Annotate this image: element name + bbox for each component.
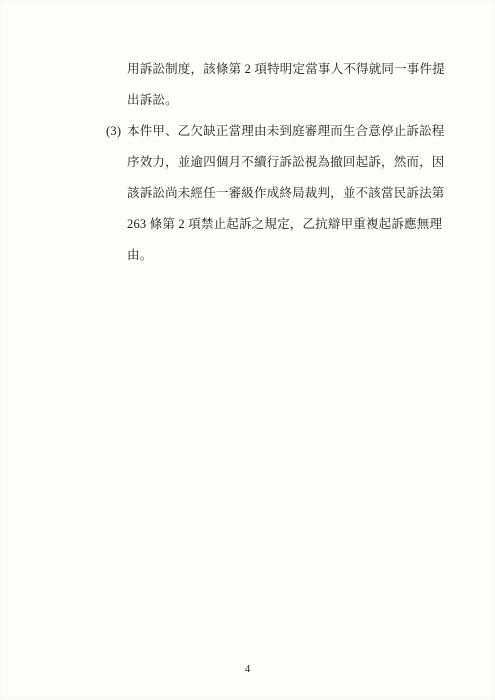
list-item-marker: (3) — [106, 116, 121, 147]
text-line: 263 條第 2 項禁止起訴之規定，乙抗辯甲重複起訴應無理 — [127, 209, 427, 240]
text-line: 用訴訟制度，該條第 2 項特明定當事人不得就同一事件提 — [127, 54, 427, 85]
text-block: 用訴訟制度，該條第 2 項特明定當事人不得就同一事件提 出訴訟。 (3) 本件甲… — [127, 54, 427, 271]
list-item-3-first-line: (3) 本件甲、乙欠缺正當理由未到庭審理而生合意停止訴訟程 — [127, 116, 427, 147]
text-line: 序效力，並逾四個月不續行訴訟視為撤回起訴，然而，因 — [127, 147, 427, 178]
text-line: 該訴訟尚未經任一審級作成終局裁判，並不該當民訴法第 — [127, 178, 427, 209]
document-page: 用訴訟制度，該條第 2 項特明定當事人不得就同一事件提 出訴訟。 (3) 本件甲… — [0, 0, 495, 700]
text-line: 出訴訟。 — [127, 85, 427, 116]
page-number: 4 — [0, 663, 495, 675]
text-line: 本件甲、乙欠缺正當理由未到庭審理而生合意停止訴訟程 — [127, 124, 445, 138]
text-line: 由。 — [127, 240, 427, 271]
